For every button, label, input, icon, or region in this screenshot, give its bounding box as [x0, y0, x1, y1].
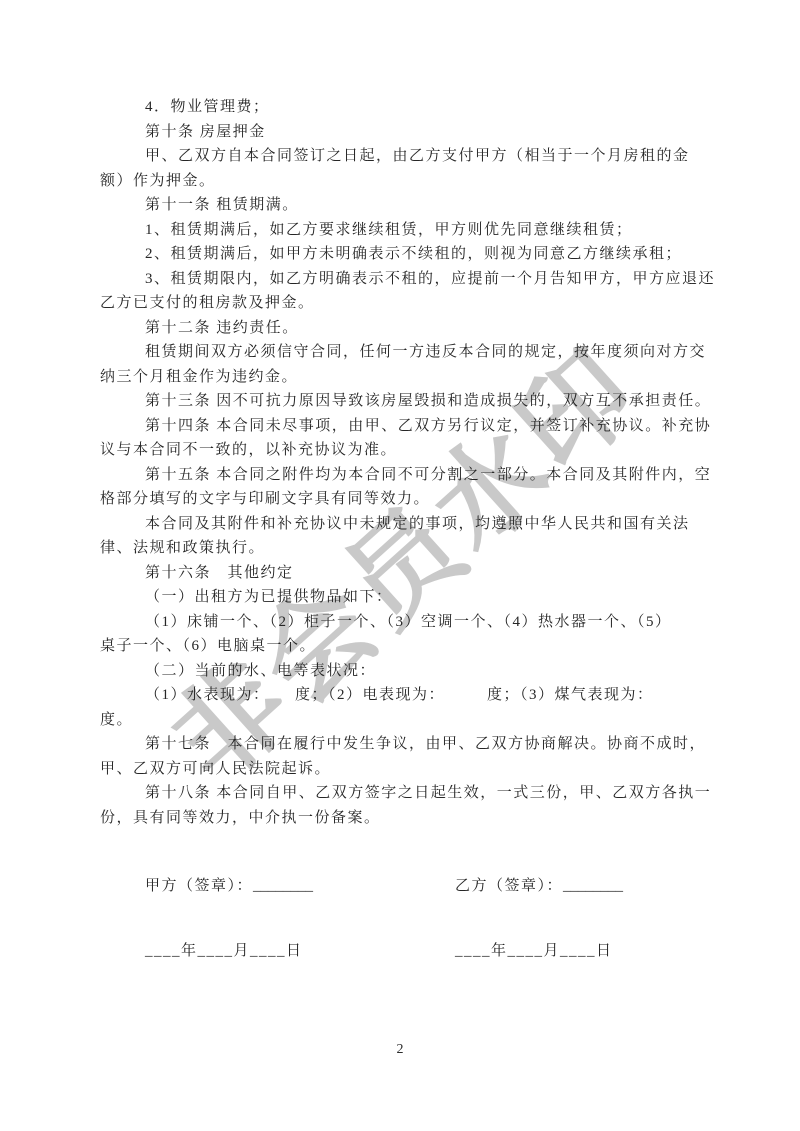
- text-line: 第十七条 本合同在履行中发生争议，由甲、乙双方协商解决。协商不成时，: [100, 732, 704, 757]
- party-b-signature-label: 乙方（签章）：: [455, 878, 563, 894]
- party-a-date-line: ____年____月____日: [145, 939, 303, 960]
- party-b-signature-blank: ________: [563, 878, 623, 894]
- text-line: 份，具有同等效力，中介执一份备案。: [100, 806, 704, 831]
- text-line: 3、租赁期限内，如乙方明确表示不租的，应提前一个月告知甲方，甲方应退还: [100, 267, 704, 292]
- text-line: （1）床铺一个、（2）柜子一个、（3）空调一个、（4）热水器一个、（5）: [100, 610, 704, 635]
- signature-row: 甲方（签章）：________ 乙方（签章）：________: [100, 874, 704, 899]
- text-line: 律、法规和政策执行。: [100, 536, 704, 561]
- text-line: 格部分填写的文字与印刷文字具有同等效力。: [100, 487, 704, 512]
- text-line: 第十一条 租赁期满。: [100, 193, 704, 218]
- party-b-date-line: ____年____月____日: [455, 939, 613, 960]
- text-line: 桌子一个、（6）电脑桌一个。: [100, 634, 704, 659]
- contract-body: 4．物业管理费；第十条 房屋押金甲、乙双方自本合同签订之日起，由乙方支付甲方（相…: [100, 95, 704, 964]
- party-a-signature-blank: ________: [253, 878, 313, 894]
- text-line: 租赁期间双方必须信守合同，任何一方违反本合同的规定，按年度须向对方交: [100, 340, 704, 365]
- text-line: 甲、乙双方自本合同签订之日起，由乙方支付甲方（相当于一个月房租的金: [100, 144, 704, 169]
- text-line: 第十四条 本合同未尽事项，由甲、乙双方另行议定，并签订补充协议。补充协: [100, 414, 704, 439]
- text-line: 第十五条 本合同之附件均为本合同不可分割之一部分。本合同及其附件内，空: [100, 463, 704, 488]
- text-line: 第十二条 违约责任。: [100, 316, 704, 341]
- text-line: 第十六条 其他约定: [100, 561, 704, 586]
- party-a-signature-label: 甲方（签章）：: [145, 878, 253, 894]
- text-line: 甲、乙双方可向人民法院起诉。: [100, 757, 704, 782]
- text-line: 2、租赁期满后，如甲方未明确表示不续租的，则视为同意乙方继续承租；: [100, 242, 704, 267]
- document-lines: 4．物业管理费；第十条 房屋押金甲、乙双方自本合同签订之日起，由乙方支付甲方（相…: [100, 95, 704, 830]
- text-line: 第十条 房屋押金: [100, 120, 704, 145]
- contract-page: 非会员水印 4．物业管理费；第十条 房屋押金甲、乙双方自本合同签订之日起，由乙方…: [0, 0, 800, 1131]
- text-line: 度。: [100, 708, 704, 733]
- text-line: 纳三个月租金作为违约金。: [100, 365, 704, 390]
- party-a-signature: 甲方（签章）：________: [145, 874, 313, 895]
- text-line: 4．物业管理费；: [100, 95, 704, 120]
- text-line: 议与本合同不一致的，以补充协议为准。: [100, 438, 704, 463]
- text-line: （一）出租方为已提供物品如下：: [100, 585, 704, 610]
- text-line: 额）作为押金。: [100, 169, 704, 194]
- text-line: 本合同及其附件和补充协议中未规定的事项，均遵照中华人民共和国有关法: [100, 512, 704, 537]
- text-line: （二）当前的水、电等表状况：: [100, 659, 704, 684]
- text-line: 第十八条 本合同自甲、乙双方签字之日起生效，一式三份，甲、乙双方各执一: [100, 781, 704, 806]
- text-line: 第十三条 因不可抗力原因导致该房屋毁损和造成损失的，双方互不承担责任。: [100, 389, 704, 414]
- text-line: （1）水表现为： 度；（2）电表现为： 度；（3）煤气表现为：: [100, 683, 704, 708]
- text-line: 乙方已支付的租房款及押金。: [100, 291, 704, 316]
- party-b-signature: 乙方（签章）：________: [455, 874, 623, 895]
- date-row: ____年____月____日 ____年____月____日: [100, 939, 704, 964]
- text-line: 1、租赁期满后，如乙方要求继续租赁，甲方则优先同意继续租赁；: [100, 218, 704, 243]
- page-number: 2: [0, 1042, 800, 1058]
